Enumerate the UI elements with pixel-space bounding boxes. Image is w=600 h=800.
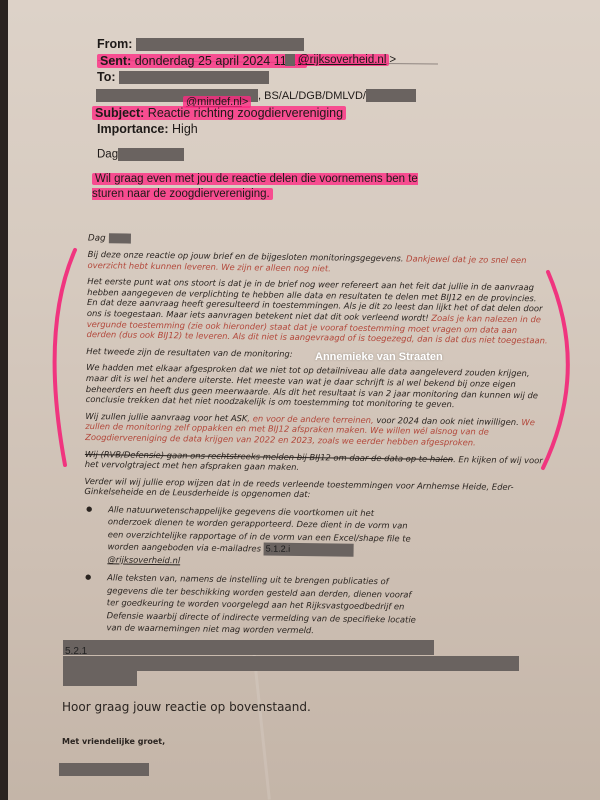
paragraph-2: Het eerste punt wat ons stoort is dat je… <box>87 276 550 346</box>
left-bracket-icon <box>55 250 75 465</box>
signoff: Met vriendelijke groet, <box>62 737 165 746</box>
letter-greeting-word: Dag <box>88 233 106 243</box>
bullet-1-text: Alle natuurwetenschappelijke gegevens di… <box>108 504 411 554</box>
paragraph-4: We hadden met elkaar afgesproken dat we … <box>86 362 549 411</box>
redaction <box>108 233 130 243</box>
bullet-2-text: Alle teksten van, namens de instelling u… <box>106 573 416 636</box>
list-item: Alle natuurwetenschappelijke gegevens di… <box>101 503 418 570</box>
redaction-block-2 <box>63 656 519 671</box>
paragraph-1: Bij deze onze reactie op jouw brief en d… <box>87 249 549 277</box>
redaction-code: 5.1.2.i <box>264 543 354 557</box>
paragraph-7: Verder wil wij jullie erop wijzen dat in… <box>84 476 546 504</box>
watermark-name: Annemieke van Straaten <box>315 351 443 363</box>
email-domain: @rijksoverheid.nl <box>107 554 180 565</box>
paragraph-5: Wij zullen jullie aanvraag voor het ASK,… <box>85 411 547 449</box>
redaction-block-1: 5.2.1 <box>63 640 434 655</box>
signature-redaction <box>59 763 149 776</box>
quoted-letter: Dag Bij deze onze reactie op jouw brief … <box>82 233 550 646</box>
list-item: Alle teksten van, namens de instelling u… <box>100 572 417 639</box>
redaction-block-3 <box>63 671 137 686</box>
paragraph-6: Wij (RVB/Defensie) gaan ons rechtstreeks… <box>85 449 547 477</box>
conditions-list: Alle natuurwetenschappelijke gegevens di… <box>82 503 546 640</box>
closing-line: Hoor graag jouw reactie op bovenstaand. <box>62 700 311 714</box>
